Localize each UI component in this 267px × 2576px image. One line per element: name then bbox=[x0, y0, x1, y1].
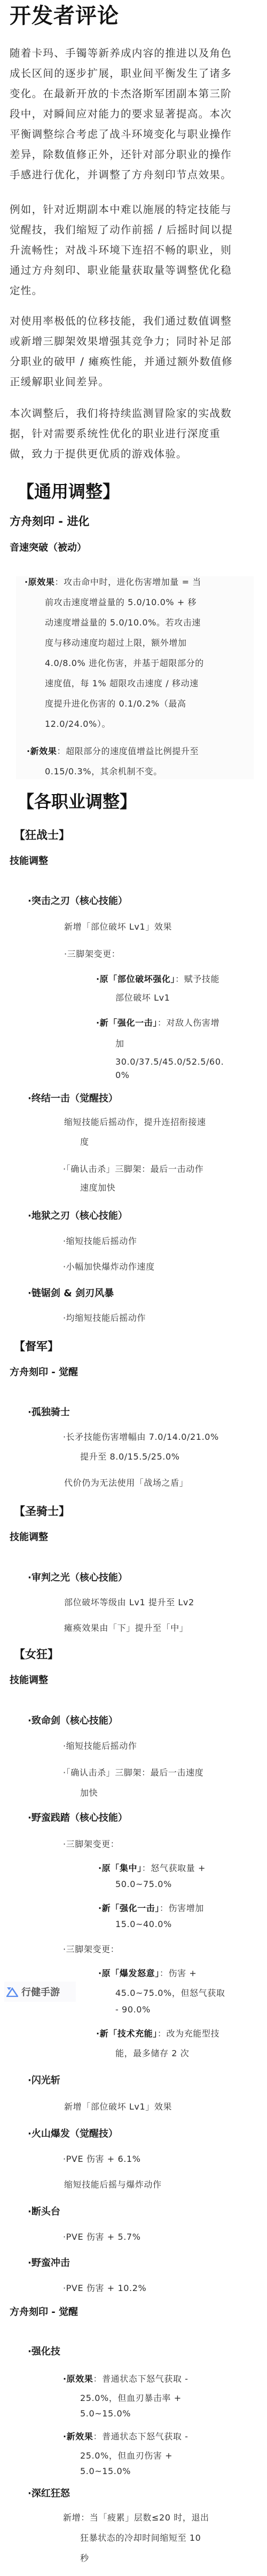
text: ：超限部分的速度值增益比例提升至 bbox=[57, 746, 199, 756]
class-heading-berserker: 【狂战士】 bbox=[14, 830, 70, 841]
text-line: ·三脚架变更： bbox=[63, 1945, 119, 1954]
text: ：改为充能型技 bbox=[158, 2028, 219, 2039]
paragraph-line: 觉醒技，我们缩短了动作前摇 / 后摇时间以提 bbox=[10, 225, 233, 235]
text: ：攻击命中时，进化伤害增加量 = 当 bbox=[54, 577, 201, 587]
text-line: 新增「部位破坏 Lv1」效果 bbox=[64, 923, 172, 931]
text-line: 加 bbox=[115, 1040, 124, 1048]
text-line: 度与移动速度均超过上限，额外增加 bbox=[45, 639, 187, 647]
page-title: 开发者评论 bbox=[10, 5, 119, 27]
text-line: 代价仍为无法使用「战场之盾」 bbox=[64, 1479, 188, 1487]
tripod-original: ·原「集中」：怒气获取量 + bbox=[98, 1864, 206, 1873]
text-line: ·三脚架变更： bbox=[63, 1840, 119, 1849]
text-line: 部位破坏 Lv1 bbox=[115, 994, 170, 1002]
skill-name: ·审判之光（核心技能） bbox=[28, 1573, 128, 1583]
paragraph-line: 变化。在最新开放的卡杰洛斯军团副本第三阶 bbox=[10, 89, 232, 99]
category-skill-adjust: 技能调整 bbox=[10, 857, 48, 866]
label: ·原效果 bbox=[63, 2374, 93, 2384]
sub-heading-engraving-evolution: 方舟刻印 - 进化 bbox=[10, 516, 89, 527]
paragraph-line: 或新增三脚架效果增强其竞争力；同时补足部 bbox=[10, 336, 232, 347]
text-line: ·「确认击杀」三脚架：最后一击动作 bbox=[63, 1165, 203, 1174]
text-line: 45.0~75.0%，但怒气获取 bbox=[115, 1989, 225, 1998]
text: ：普通状态下怒气获取 - bbox=[93, 2374, 188, 2384]
category-engraving: 方舟刻印 - 觉醒 bbox=[10, 1368, 78, 1377]
text-line: 度提升进化伤害的 0.1/0.2%（最高 bbox=[45, 700, 186, 708]
label: ·新效果 bbox=[63, 2431, 93, 2442]
skill-name: ·野蛮践踏（核心技能） bbox=[28, 1813, 128, 1823]
label: ·新「强化一击」 bbox=[96, 1018, 158, 1028]
text-line: 5.0~15.0% bbox=[80, 2467, 131, 2476]
text-line: ·PVE 伤害 + 10.2% bbox=[63, 2284, 146, 2293]
paragraph-line: 通过方舟刻印、职业能量获取量等调整优化稳 bbox=[10, 265, 232, 276]
category-skill-adjust: 技能调整 bbox=[10, 1533, 48, 1542]
text-line: 狂暴状态的冷却时间缩短至 10 bbox=[80, 2534, 201, 2542]
text-line: 30.0/37.5/45.0/52.5/60. bbox=[115, 1058, 224, 1066]
text-line: 瘫痪效果由「下」提升至「中」 bbox=[64, 1624, 188, 1632]
class-heading-slayer: 【女狂】 bbox=[14, 1649, 59, 1660]
paragraph-line: 据，针对需要系统性优化的职业进行深度重 bbox=[10, 429, 221, 439]
new-effect-line: ·新效果：普通状态下怒气获取 - bbox=[63, 2432, 189, 2441]
text-line: ·PVE 伤害 + 6.1% bbox=[63, 2155, 141, 2163]
paragraph-line: 段中，对瞬间应对能力的要求显著提高。本次 bbox=[10, 109, 232, 120]
paragraph-line: 本次调整后，我们将持续监测冒险家的实战数 bbox=[10, 408, 232, 419]
text-line: 能，最多储存 2 次 bbox=[115, 2049, 189, 2058]
text-line: 秒 bbox=[80, 2554, 89, 2563]
watermark: 行健手游 bbox=[4, 1981, 76, 2002]
skill-name: ·野蛮冲击 bbox=[28, 2258, 70, 2268]
skill-name: ·终结一击（觉醒技） bbox=[28, 1094, 118, 1104]
tripod-original: ·原「部位破坏强化」：赋予技能 bbox=[96, 975, 219, 984]
text-line: 0.15/0.3%，其余机制不变。 bbox=[45, 767, 162, 776]
category-skill-adjust: 技能调整 bbox=[10, 1676, 48, 1685]
paragraph-line: 随着卡玛、手镯等新养成内容的推进以及角色 bbox=[10, 48, 232, 59]
paragraph-line: 分职业的破甲 / 瘫痪性能，并通过额外数值修 bbox=[10, 356, 233, 367]
text-line: 提升至 8.0/15.5/25.0% bbox=[80, 1453, 180, 1461]
skill-name: ·地狱之刃（核心技能） bbox=[28, 1211, 128, 1221]
category-engraving: 方舟刻印 - 觉醒 bbox=[10, 2308, 78, 2317]
skill-name: ·深红狂怒 bbox=[28, 2489, 70, 2499]
tripod-new: ·新「技术充能」：改为充能型技 bbox=[96, 2030, 219, 2038]
paragraph-line: 做，致力于提供更优质的游戏体验。 bbox=[10, 449, 187, 459]
class-heading-paladin: 【圣骑士】 bbox=[14, 1506, 70, 1517]
text-line: 0% bbox=[115, 1071, 130, 1080]
paragraph-line: 平衡调整综合考虑了战斗环境变化与职业操作 bbox=[10, 129, 232, 140]
text-line: 50.0~75.0% bbox=[115, 1880, 172, 1889]
original-effect-label: ·原效果 bbox=[25, 577, 54, 587]
label: ·原「爆发怒意」 bbox=[98, 1968, 160, 1978]
original-effect-line: ·原效果：攻击命中时，进化伤害增加量 = 当 bbox=[25, 578, 201, 586]
label: ·新「技术充能」 bbox=[96, 2028, 158, 2039]
label: ·新「强化一击」 bbox=[98, 1903, 160, 1913]
new-effect-label: ·新效果 bbox=[27, 746, 57, 756]
paragraph-line: 差异，除数值修正外，还针对部分职业的操作 bbox=[10, 149, 232, 160]
tripod-original: ·原「爆发怒意」：伤害 + bbox=[98, 1969, 197, 1978]
new-effect-line: ·新效果：超限部分的速度值增益比例提升至 bbox=[27, 747, 199, 756]
skill-name: ·火山爆发（觉醒技） bbox=[28, 2129, 118, 2139]
text-line: ·「确认击杀」三脚架：最后一击速度 bbox=[63, 1769, 203, 1777]
text-line: ·均缩短技能后摇动作 bbox=[63, 1314, 146, 1322]
text-line: 5.0~15.0% bbox=[80, 2409, 131, 2418]
skill-name: ·突击之刃（核心技能） bbox=[28, 897, 128, 906]
skill-name: ·孤独骑士 bbox=[28, 1408, 70, 1417]
skill-name: ·闪光斩 bbox=[28, 2076, 60, 2086]
text-line: 动速度增益量的 5.0/10.0%。若攻击速 bbox=[45, 619, 201, 627]
original-effect-line: ·原效果：普通状态下怒气获取 - bbox=[63, 2375, 189, 2383]
text: ：怒气获取量 + bbox=[142, 1863, 206, 1873]
skill-name: ·链锯剑 & 剑刃风暴 bbox=[28, 1289, 114, 1298]
text-line: - 90.0% bbox=[115, 2006, 151, 2014]
article-page: 开发者评论 随着卡玛、手镯等新养成内容的推进以及角色成长区间的逐步扩展，职业间平… bbox=[0, 0, 267, 2576]
text: ：赋予技能 bbox=[175, 974, 219, 984]
skill-name: ·断头台 bbox=[28, 2207, 60, 2217]
paragraph-line: 例如，针对近期副本中难以施展的特定技能与 bbox=[10, 204, 232, 215]
text-line: 新增「部位破坏 Lv1」效果 bbox=[64, 2103, 172, 2111]
skill-heading-sonic-break: 音速突破（被动） bbox=[10, 543, 87, 553]
section-heading-classes: 【各职业调整】 bbox=[17, 793, 137, 810]
text-line: ·小幅加快爆炸动作速度 bbox=[63, 1263, 155, 1271]
label: ·原「集中」 bbox=[98, 1863, 142, 1873]
text: ：伤害增加 bbox=[160, 1903, 204, 1913]
text-line: 加快 bbox=[80, 1789, 98, 1797]
text-line: 前攻击速度增益量的 5.0/10.0% + 移 bbox=[45, 598, 197, 607]
text-line: 速度加快 bbox=[80, 1184, 115, 1192]
paragraph-line: 升流畅性；对战斗环境下连招不畅的职业，则 bbox=[10, 245, 232, 256]
class-heading-gunlancer: 【督军】 bbox=[14, 1341, 59, 1352]
text-line: ·长矛技能伤害增幅由 7.0/14.0/21.0% bbox=[63, 1433, 219, 1441]
text-line: 速度值，每 1% 超限攻击速度 / 移动速 bbox=[45, 679, 199, 688]
text-line: 25.0%，但血刃伤害 + bbox=[80, 2452, 172, 2460]
text-line: 部位破坏等级由 Lv1 提升至 Lv2 bbox=[64, 1598, 194, 1607]
text: ：伤害 + bbox=[160, 1968, 197, 1978]
paragraph-line: 手感进行优化，并调整了方舟刻印节点效果。 bbox=[10, 170, 232, 180]
paragraph-line: 成长区间的逐步扩展，职业间平衡发生了诸多 bbox=[10, 68, 232, 79]
skill-name: ·强化技 bbox=[28, 2347, 60, 2357]
paragraph-line: 对使用率极低的位移技能，我们通过数值调整 bbox=[10, 316, 232, 327]
text-line: 12.0/24.0%）。 bbox=[45, 720, 111, 728]
triangle-logo-icon bbox=[6, 1986, 18, 1997]
paragraph-line: 正缓解职业间差异。 bbox=[10, 377, 109, 387]
tripod-new: ·新「强化一击」：伤害增加 bbox=[98, 1904, 204, 1913]
text-line: ·PVE 伤害 + 5.7% bbox=[63, 2233, 141, 2241]
watermark-text: 行健手游 bbox=[21, 1985, 60, 1999]
text-line: 缩短技能后摇动作，提升连招衔接速 bbox=[64, 1118, 206, 1127]
section-heading-general: 【通用调整】 bbox=[17, 483, 120, 500]
label: ·原「部位破坏强化」 bbox=[96, 974, 175, 984]
text-line: 4.0/8.0% 进化伤害，并基于超限部分的 bbox=[45, 659, 204, 668]
skill-name: ·致命剑（核心技能） bbox=[28, 1716, 118, 1726]
text: ：普通状态下怒气获取 - bbox=[93, 2431, 188, 2442]
text: ：对敌人伤害增 bbox=[158, 1018, 219, 1028]
text-line: 度 bbox=[80, 1138, 89, 1146]
paragraph-line: 定性。 bbox=[10, 286, 43, 296]
text-line: 25.0%，但血刃暴击率 + bbox=[80, 2394, 182, 2403]
text-line: ·缩短技能后摇动作 bbox=[63, 1237, 137, 1246]
text-line: ·三脚架变更： bbox=[64, 950, 120, 958]
text-line: 新增：当「疲累」层数≤20 时，退出 bbox=[63, 2514, 209, 2522]
text-line: ·缩短技能后摇动作 bbox=[63, 1742, 137, 1750]
text-line: 15.0~40.0% bbox=[115, 1920, 172, 1929]
text-line: 缩短技能后摇与爆炸动作 bbox=[64, 2181, 162, 2189]
tripod-new: ·新「强化一击」：对敌人伤害增 bbox=[96, 1019, 219, 1027]
